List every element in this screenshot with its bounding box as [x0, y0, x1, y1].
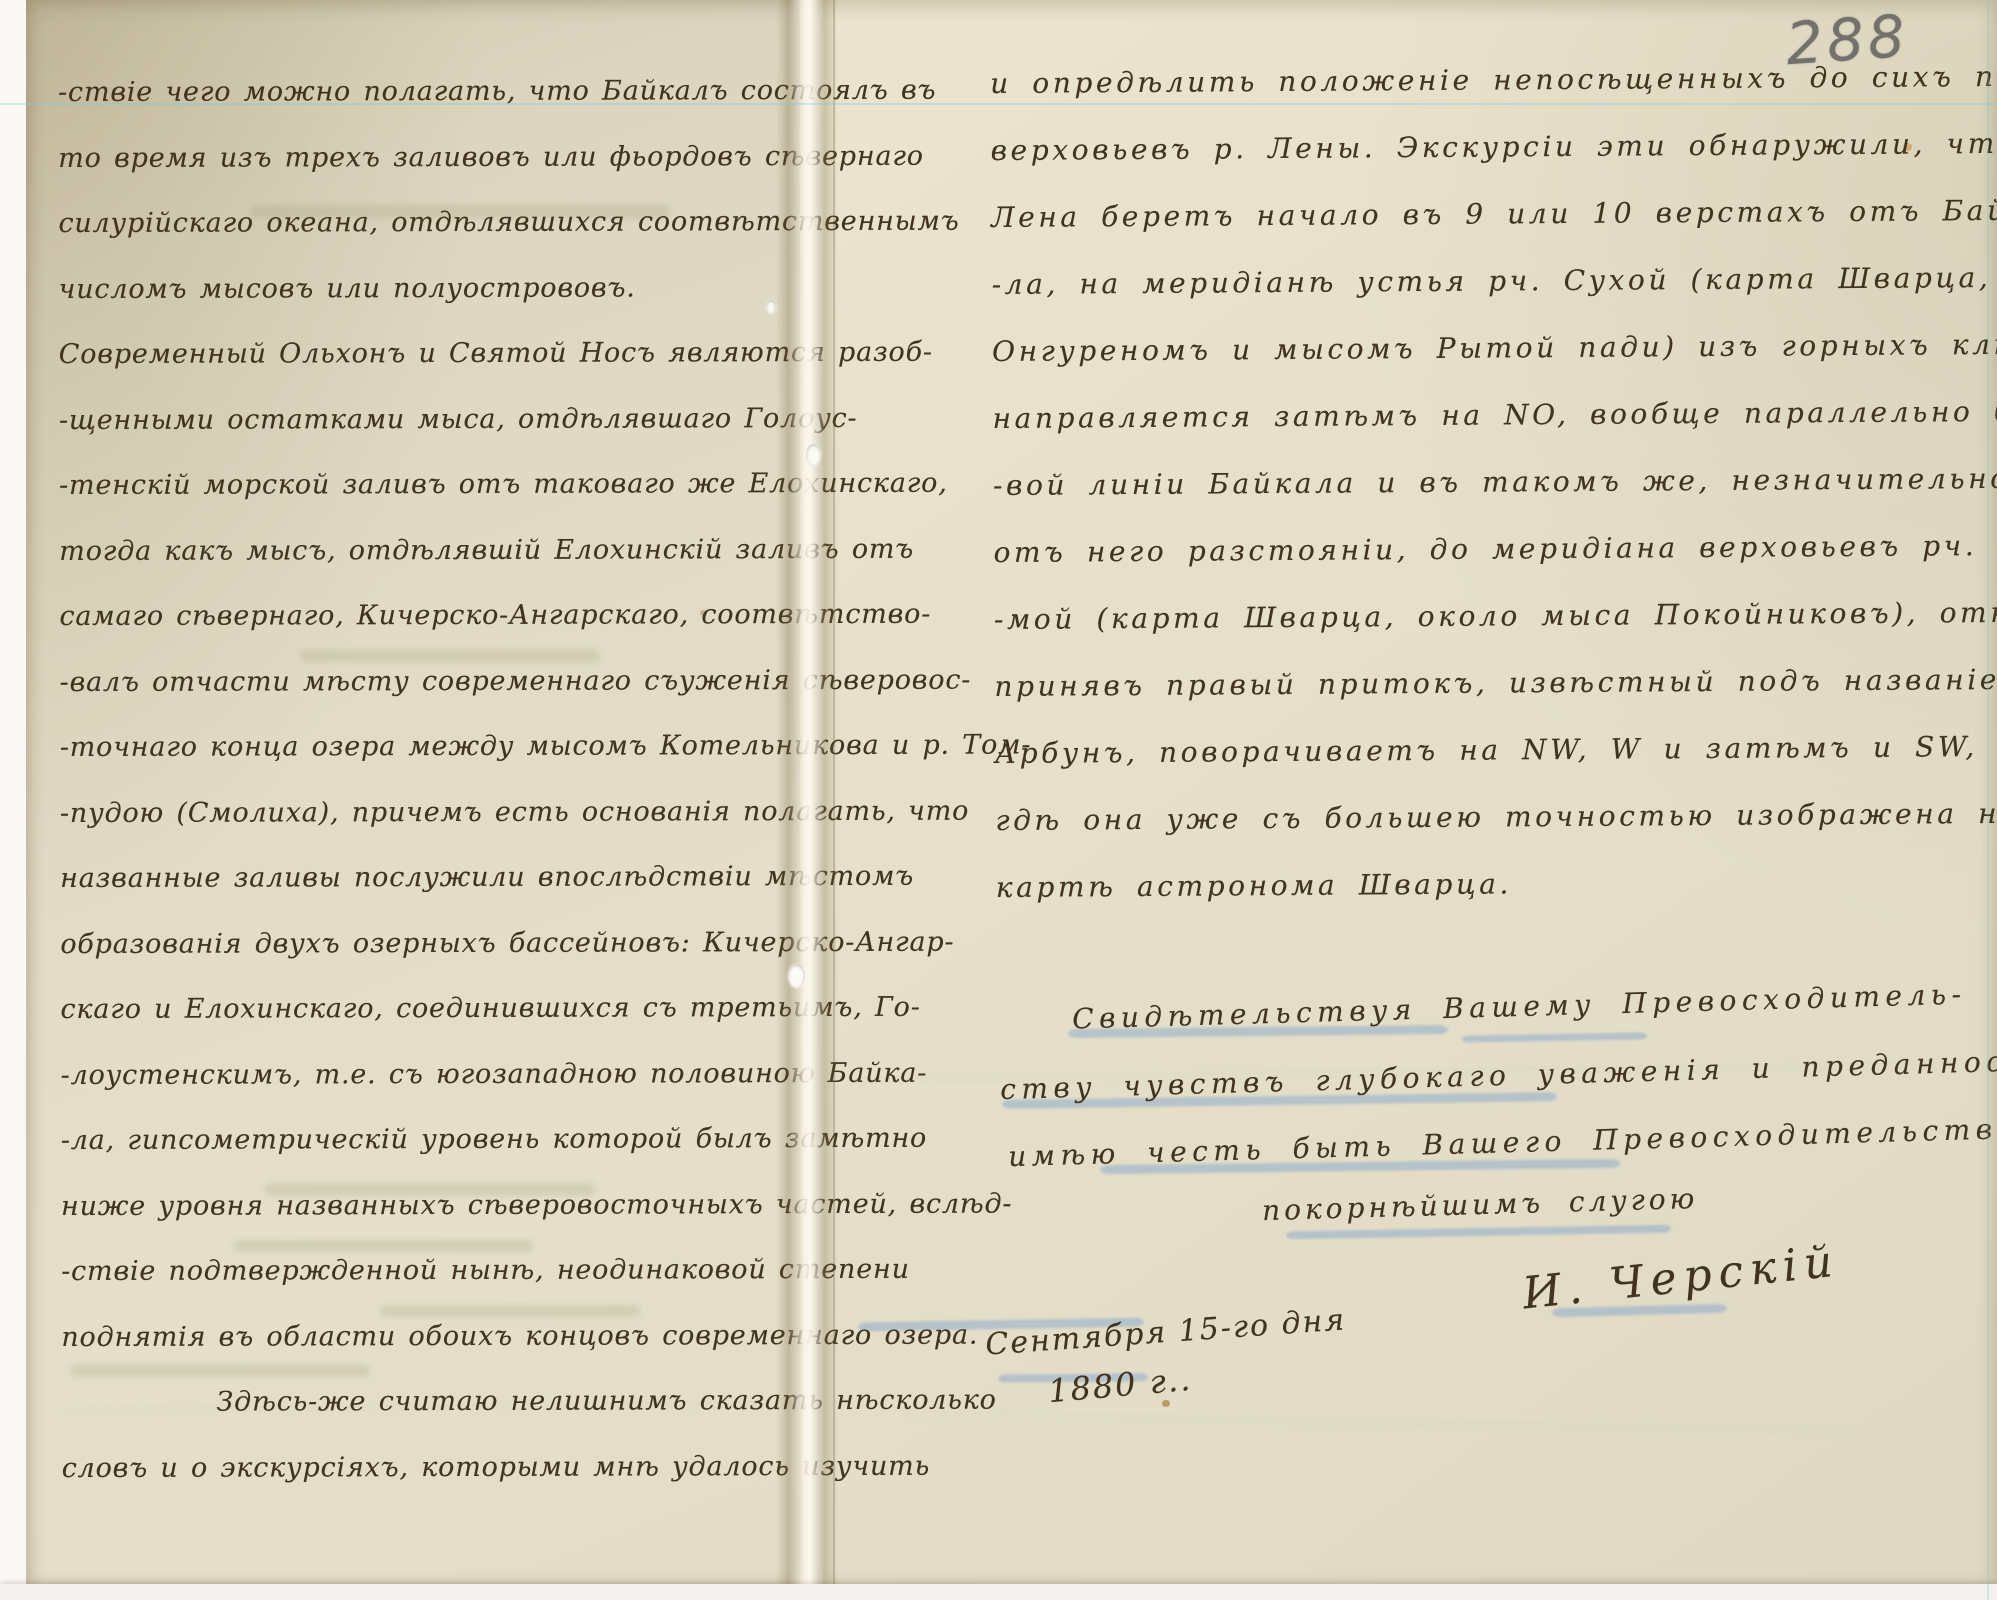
- fold-seam: [833, 0, 835, 1586]
- left-page-text: -ствіе чего можно полагать, что Байкалъ …: [58, 58, 794, 1501]
- manuscript-line: -тенскій морской заливъ отъ таковаго же …: [59, 451, 791, 518]
- manuscript-line: словъ и о экскурсіяхъ, которыми мнѣ удал…: [62, 1434, 794, 1501]
- manuscript-line: -пудою (Смолиха), причемъ есть основанія…: [60, 779, 792, 846]
- manuscript-line: -ла, на меридіанѣ устья рч. Сухой (карта…: [991, 244, 1956, 318]
- manuscript-line: -ствіе чего можно полагать, что Байкалъ …: [58, 58, 790, 125]
- manuscript-line: ниже уровня названныхъ сѣверовосточныхъ …: [61, 1172, 793, 1239]
- manuscript-line: Лена беретъ начало въ 9 или 10 верстахъ …: [991, 177, 1956, 251]
- manuscript-line: поднятія въ области обоихъ концовъ совре…: [61, 1303, 793, 1370]
- manuscript-line: числомъ мысовъ или полуострововъ.: [59, 255, 791, 322]
- paper-hole: [766, 300, 776, 314]
- manuscript-line: -щенными остатками мыса, отдѣлявшаго Гол…: [59, 386, 791, 453]
- ink-stain: [1162, 1400, 1170, 1407]
- manuscript-line: Арбунъ, поворачиваетъ на NW, W и затѣмъ …: [995, 713, 1960, 787]
- paper-hole: [806, 444, 821, 466]
- manuscript-line: скаго и Елохинскаго, соединившихся съ тр…: [60, 975, 792, 1042]
- manuscript-line: гдѣ она уже съ большею точностью изображ…: [995, 780, 1960, 854]
- manuscript-line: принявъ правый притокъ, извѣстный подъ н…: [994, 646, 1959, 720]
- manuscript-line: -ла, гипсометрическій уровень которой бы…: [61, 1106, 793, 1173]
- manuscript-line: направляется затѣмъ на NO, вообще паралл…: [992, 378, 1957, 452]
- paper-hole: [788, 964, 805, 988]
- manuscript-line: тогда какъ мысъ, отдѣлявшій Елохинскій з…: [59, 517, 791, 584]
- manuscript-line: -лоустенскимъ, т.е. съ югозападною полов…: [61, 1041, 793, 1108]
- manuscript-line: Здѣсь-же считаю нелишнимъ сказать нѣскол…: [61, 1368, 793, 1435]
- manuscript-line: -мой (карта Шварца, около мыса Покойнико…: [994, 579, 1959, 653]
- manuscript-line: названные заливы послужили впослѣдствіи …: [60, 844, 792, 911]
- page-number-annotation: 288: [1784, 2, 1911, 78]
- manuscript-line: -валъ отчасти мѣсту современнаго съужені…: [60, 648, 792, 715]
- manuscript-line: верховьевъ р. Лены. Экскурсіи эти обнару…: [990, 110, 1955, 184]
- manuscript-line: то время изъ трехъ заливовъ или фьордовъ…: [58, 124, 790, 191]
- manuscript-line: самаго сѣвернаго, Кичерско-Ангарскаго, с…: [59, 582, 791, 649]
- manuscript-line: образованія двухъ озерныхъ бассейновъ: К…: [60, 910, 792, 977]
- center-fold: [776, 0, 838, 1586]
- manuscript-line: -вой линіи Байкала и въ такомъ же, незна…: [993, 445, 1958, 519]
- manuscript-scan: -ствіе чего можно полагать, что Байкалъ …: [0, 0, 1997, 1600]
- manuscript-line: -ствіе подтвержденной нынѣ, неодинаковой…: [61, 1237, 793, 1304]
- manuscript-line: Современный Ольхонъ и Святой Носъ являют…: [59, 320, 791, 387]
- manuscript-line: картѣ астронома Шварца.: [996, 847, 1961, 921]
- manuscript-line: -точнаго конца озера между мысомъ Котель…: [60, 713, 792, 780]
- scanner-edge-bottom: [0, 1584, 1997, 1600]
- right-page-text: и опредѣлить положеніе непосѣщенныхъ до …: [990, 43, 1961, 921]
- scan-artifact-line: [0, 103, 1997, 105]
- scanner-edge-left: [0, 0, 26, 1600]
- manuscript-line: силурійскаго океана, отдѣлявшихся соотвѣ…: [58, 189, 790, 256]
- manuscript-line: отъ него разстояніи, до меридіана верхов…: [993, 512, 1958, 586]
- manuscript-line: Онгуреномъ и мысомъ Рытой пади) изъ горн…: [992, 311, 1957, 385]
- scan-artifact-line: [1987, 0, 1989, 1600]
